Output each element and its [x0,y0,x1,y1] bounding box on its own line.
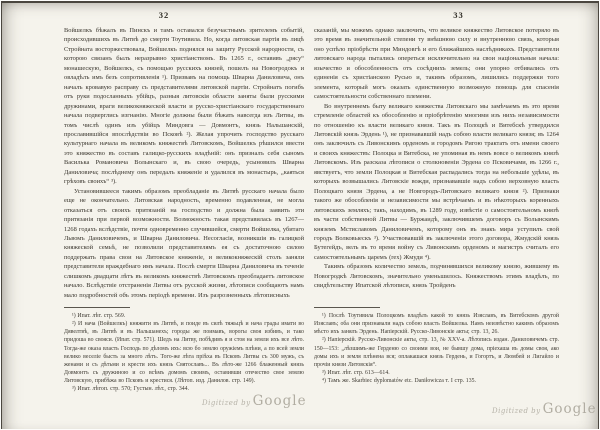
body-paragraph: сказаній, мы можемъ однако заключить, чт… [314,26,559,102]
body-paragraph: Установившееся такимъ образомъ преоблада… [64,187,304,300]
body-paragraph: Во внутреннемъ быту великаго княжества Л… [314,102,559,263]
body-paragraph: Войшелкъ бѣжалъ въ Пинскъ и тамъ оставал… [64,26,304,187]
watermark-prefix: Digitized by [492,407,541,415]
page-left: 32 Войшелкъ бѣжалъ въ Пинскъ и тамъ оста… [64,10,304,394]
page-right: 33 сказаній, мы можемъ однако заключить,… [314,10,559,385]
footnote: ³) Ипат. лѣт. стр. 613—614. [314,369,559,377]
footnote: ²) И нача (Войшелкъ) княжити въ Литвѣ, и… [64,320,304,385]
page-left-footnotes: ¹) Ипат. лѣт. стр. 569. ²) И нача (Войше… [64,312,304,394]
footnote-separator [314,307,380,308]
page-left-body: Войшелкъ бѣжалъ въ Пинскъ и тамъ оставал… [64,26,304,303]
page-number-right: 33 [336,10,581,20]
footnote: ¹) Ипат. лѣт. стр. 569. [64,312,304,320]
body-paragraph: Такимъ образомъ количество земель, подчи… [314,262,559,290]
page-right-footnotes: ¹) Послѣ Тоутивила Полоцкомъ владѣлъ как… [314,312,559,385]
footnote: ²) Напіерскій. Русско-Ливонскіе акты, ст… [314,336,559,369]
footnote: ¹) Послѣ Тоутивила Полоцкомъ владѣлъ как… [314,312,559,336]
google-watermark: Digitized byGoogle [202,392,307,410]
book-scan: 32 Войшелкъ бѣжалъ въ Пинскъ и тамъ оста… [1,1,599,429]
google-logo: Google [543,401,597,417]
footnote: ⁴) Тамъ же. Skarbiec dyplomatów etc. Dan… [314,377,559,385]
page-right-body: сказаній, мы можемъ однако заключить, чт… [314,26,559,303]
page-number-left: 32 [44,10,284,20]
google-watermark: Digitized byGoogle [492,400,597,418]
watermark-prefix: Digitized by [202,399,251,407]
google-logo: Google [253,393,307,409]
footnote-separator [64,307,130,308]
